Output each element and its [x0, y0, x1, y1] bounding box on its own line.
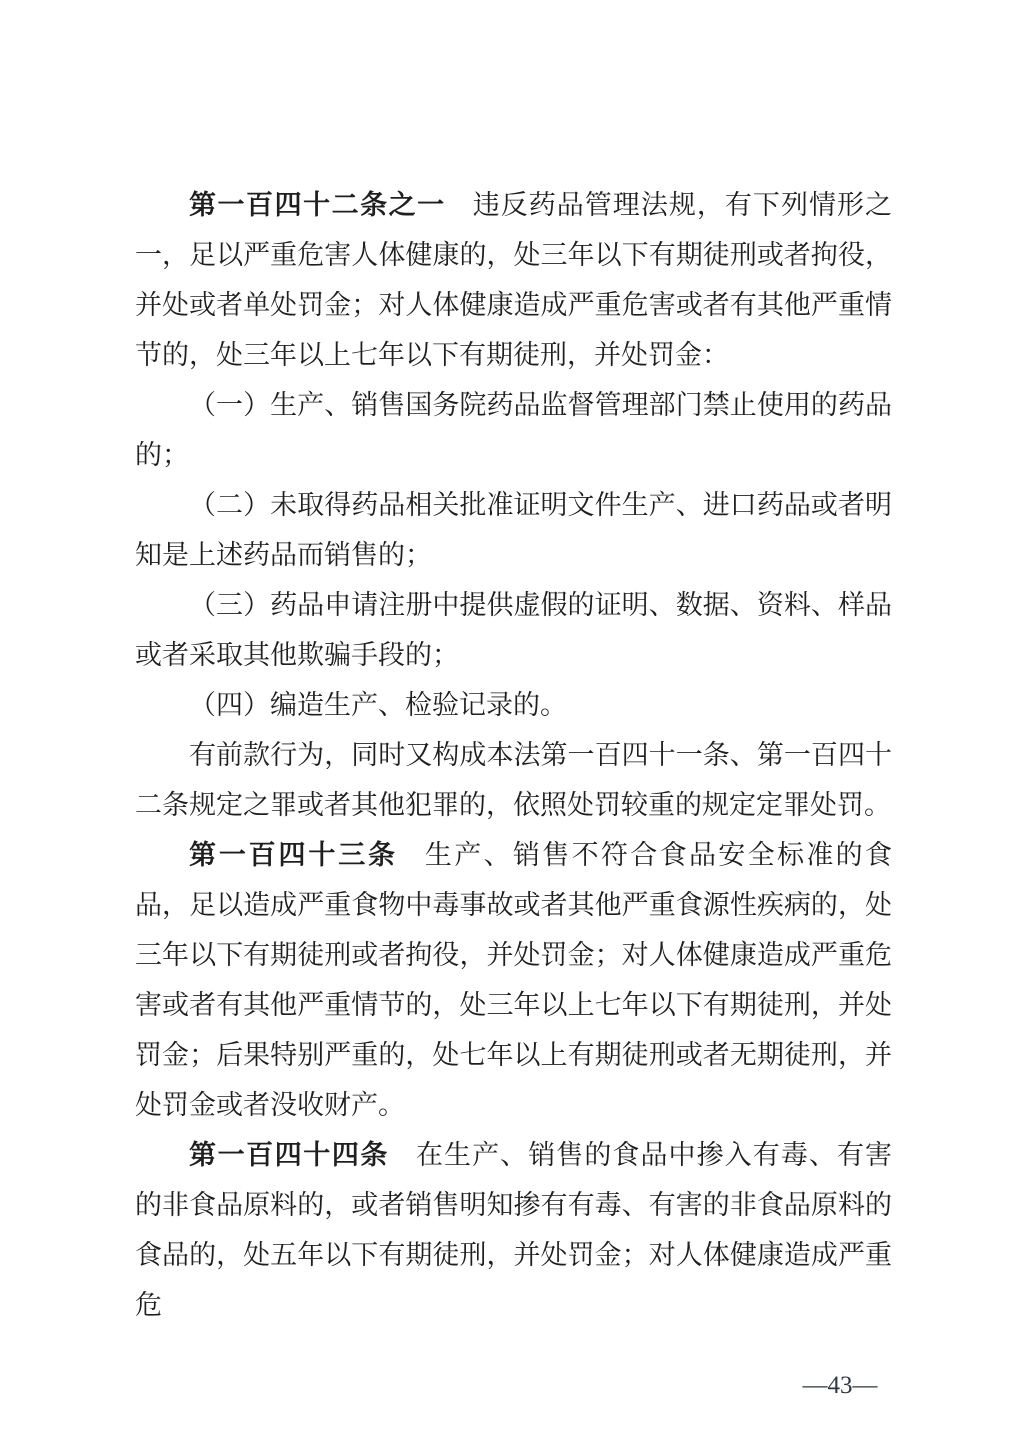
paragraph-text: （三）药品申请注册中提供虚假的证明、数据、资料、样品或者采取其他欺骗手段的； [135, 590, 892, 670]
paragraph: （一）生产、销售国务院药品监督管理部门禁止使用的药品的； [135, 380, 892, 480]
paragraph: （二）未取得药品相关批准证明文件生产、进口药品或者明知是上述药品而销售的； [135, 480, 892, 580]
paragraph-text: （二）未取得药品相关批准证明文件生产、进口药品或者明知是上述药品而销售的； [135, 490, 892, 570]
article-number: 第一百四十二条之一 [189, 190, 446, 220]
paragraph: （三）药品申请注册中提供虚假的证明、数据、资料、样品或者采取其他欺骗手段的； [135, 580, 892, 680]
paragraph: 第一百四十二条之一违反药品管理法规，有下列情形之一，足以严重危害人体健康的，处三… [135, 180, 892, 380]
paragraph: 第一百四十四条在生产、销售的食品中掺入有毒、有害的非食品原料的，或者销售明知掺有… [135, 1130, 892, 1330]
page-number: —43— [795, 1370, 885, 1402]
paragraph-text: 有前款行为，同时又构成本法第一百四十一条、第一百四十二条规定之罪或者其他犯罪的，… [135, 740, 892, 820]
paragraph-text: （四）编造生产、检验记录的。 [189, 690, 567, 720]
article-number: 第一百四十四条 [189, 1140, 389, 1170]
paragraph-text: 生产、销售不符合食品安全标准的食品，足以造成严重食物中毒事故或者其他严重食源性疾… [135, 840, 892, 1120]
article-number: 第一百四十三条 [189, 840, 398, 870]
document-page: 第一百四十二条之一违反药品管理法规，有下列情形之一，足以严重危害人体健康的，处三… [0, 0, 1024, 1448]
paragraph: （四）编造生产、检验记录的。 [135, 680, 892, 730]
paragraph-text: （一）生产、销售国务院药品监督管理部门禁止使用的药品的； [135, 390, 892, 470]
article-text-block: 第一百四十二条之一违反药品管理法规，有下列情形之一，足以严重危害人体健康的，处三… [135, 180, 892, 1330]
paragraph: 第一百四十三条生产、销售不符合食品安全标准的食品，足以造成严重食物中毒事故或者其… [135, 830, 892, 1130]
paragraph: 有前款行为，同时又构成本法第一百四十一条、第一百四十二条规定之罪或者其他犯罪的，… [135, 730, 892, 830]
